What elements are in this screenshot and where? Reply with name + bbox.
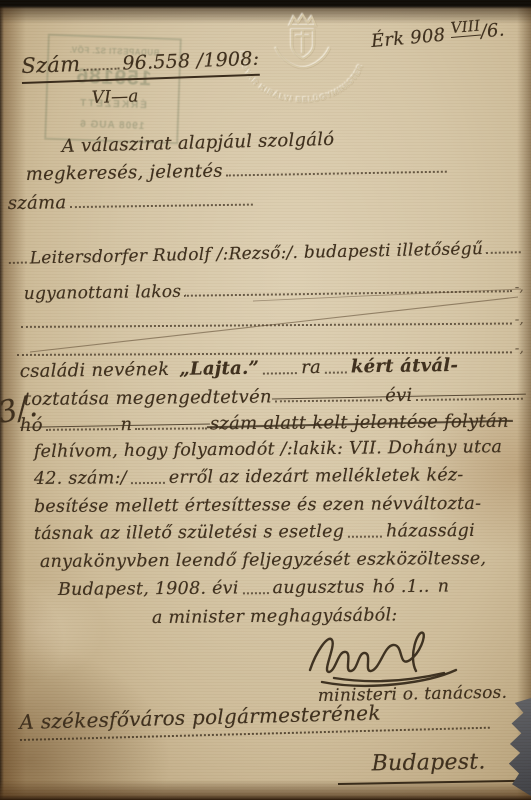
instruction-line-3: besítése mellett értesíttesse és ezen né… (34, 494, 481, 517)
day-letter: n (120, 414, 132, 435)
by-order-line: a minister meghagyásából: (152, 605, 398, 628)
leader-dots (21, 321, 512, 328)
leader-dots (243, 590, 269, 594)
family-name-post: kért átvál- (351, 355, 458, 377)
leader-dots (486, 249, 521, 254)
date-day: .1.. (401, 577, 430, 597)
residence-line: ugyanottani lakos -, (24, 277, 524, 304)
address-number: 42. szám:/ (34, 468, 127, 489)
leader-dots (131, 480, 165, 484)
addressee-line: A székesfőváros polgármesterének (19, 698, 490, 741)
form-line-2-text: megkeresés, jelentés (26, 161, 223, 185)
leader-dots (184, 288, 512, 297)
arrival-note: Érk 908 VIII/6. (370, 14, 506, 52)
permission-line: toztatása megengedtetvén évi (24, 384, 526, 410)
instruction-line-1: felhívom, hogy folyamodót /:lakik: VII. … (34, 437, 502, 462)
ruled-filler: hó n (20, 413, 210, 436)
ruled-filler: évi (272, 384, 526, 408)
leader-dots (9, 260, 27, 264)
petitioner-name-text: Leitersdorfer Rudolf /:Rezső:/. budapest… (30, 239, 484, 268)
struck-clause: szám alatt kelt jelentése folytán (210, 411, 509, 435)
leader-dots (325, 369, 347, 373)
family-name-suffix: ra (301, 357, 321, 378)
leader-dots (416, 396, 523, 401)
file-number-label: Szám (21, 52, 81, 78)
instruction-line-4: tásnak az illető születési s esetleg ház… (34, 521, 520, 544)
date-line: Budapest, 1908. évi augusztus hó .1.. n (58, 577, 458, 600)
leader-tail: -, (515, 280, 524, 295)
leader-dots (83, 66, 119, 71)
form-line-3: száma (8, 190, 256, 214)
date-place-year: Budapest, 1908. évi (58, 578, 239, 600)
year-word-struck: évi (385, 385, 413, 406)
leader-dots (263, 370, 297, 374)
addressee-city-text: Budapest. (371, 749, 485, 776)
struck-report-line: hó n szám alatt kelt jelentése folytán (20, 411, 526, 436)
stamp-date: 1908 AUG 6 (47, 117, 177, 133)
leader-dots (275, 397, 382, 402)
arrival-note-text: Érk 908 (370, 25, 446, 52)
leader-dots (135, 425, 207, 430)
file-number-value: 96.558 /1908: (122, 48, 260, 75)
date-month: augusztus (273, 577, 365, 598)
leader-dots (46, 426, 118, 431)
instruction-line-4-text: tásnak az illető születési s esetleg (34, 522, 344, 544)
new-family-name: „Lajta.” (179, 358, 259, 380)
blank-dotted-line-1: -, (18, 312, 524, 333)
file-number-subdivision: VI—a (91, 86, 139, 108)
arrival-note-month: VIII (450, 17, 481, 39)
instruction-line-2-text: erről az idezárt mellékletek kéz- (169, 465, 464, 488)
instruction-line-5: anyakönyvben leendő feljegyzését eszközö… (40, 549, 487, 572)
leader-dots (226, 169, 447, 177)
form-line-3-text: száma (8, 192, 67, 214)
date-ho-word: hó (372, 577, 394, 597)
addressee-city: Budapest. (337, 749, 520, 785)
leader-tail: -, (515, 312, 524, 327)
petitioner-name-line: Leitersdorfer Rudolf /:Rezső:/. budapest… (6, 238, 524, 269)
leader-dots (348, 534, 382, 538)
family-name-pre: családi nevének (20, 359, 170, 382)
marriage-word: házassági (386, 521, 475, 542)
leader-dots (69, 202, 253, 209)
residence-text: ugyanottani lakos (24, 282, 182, 304)
arrival-note-day: /6. (480, 19, 506, 42)
instruction-line-2: 42. szám:/ erről az idezárt mellékletek … (34, 465, 520, 489)
form-line-2: megkeresés, jelentés (26, 157, 450, 185)
document-page: MAGYAR KIRÁLYI BELÜGYMINISTER BUDAPESTI … (0, 0, 531, 800)
date-n-letter: n (438, 577, 450, 597)
permission-text: toztatása megengedtetvén (24, 386, 272, 410)
